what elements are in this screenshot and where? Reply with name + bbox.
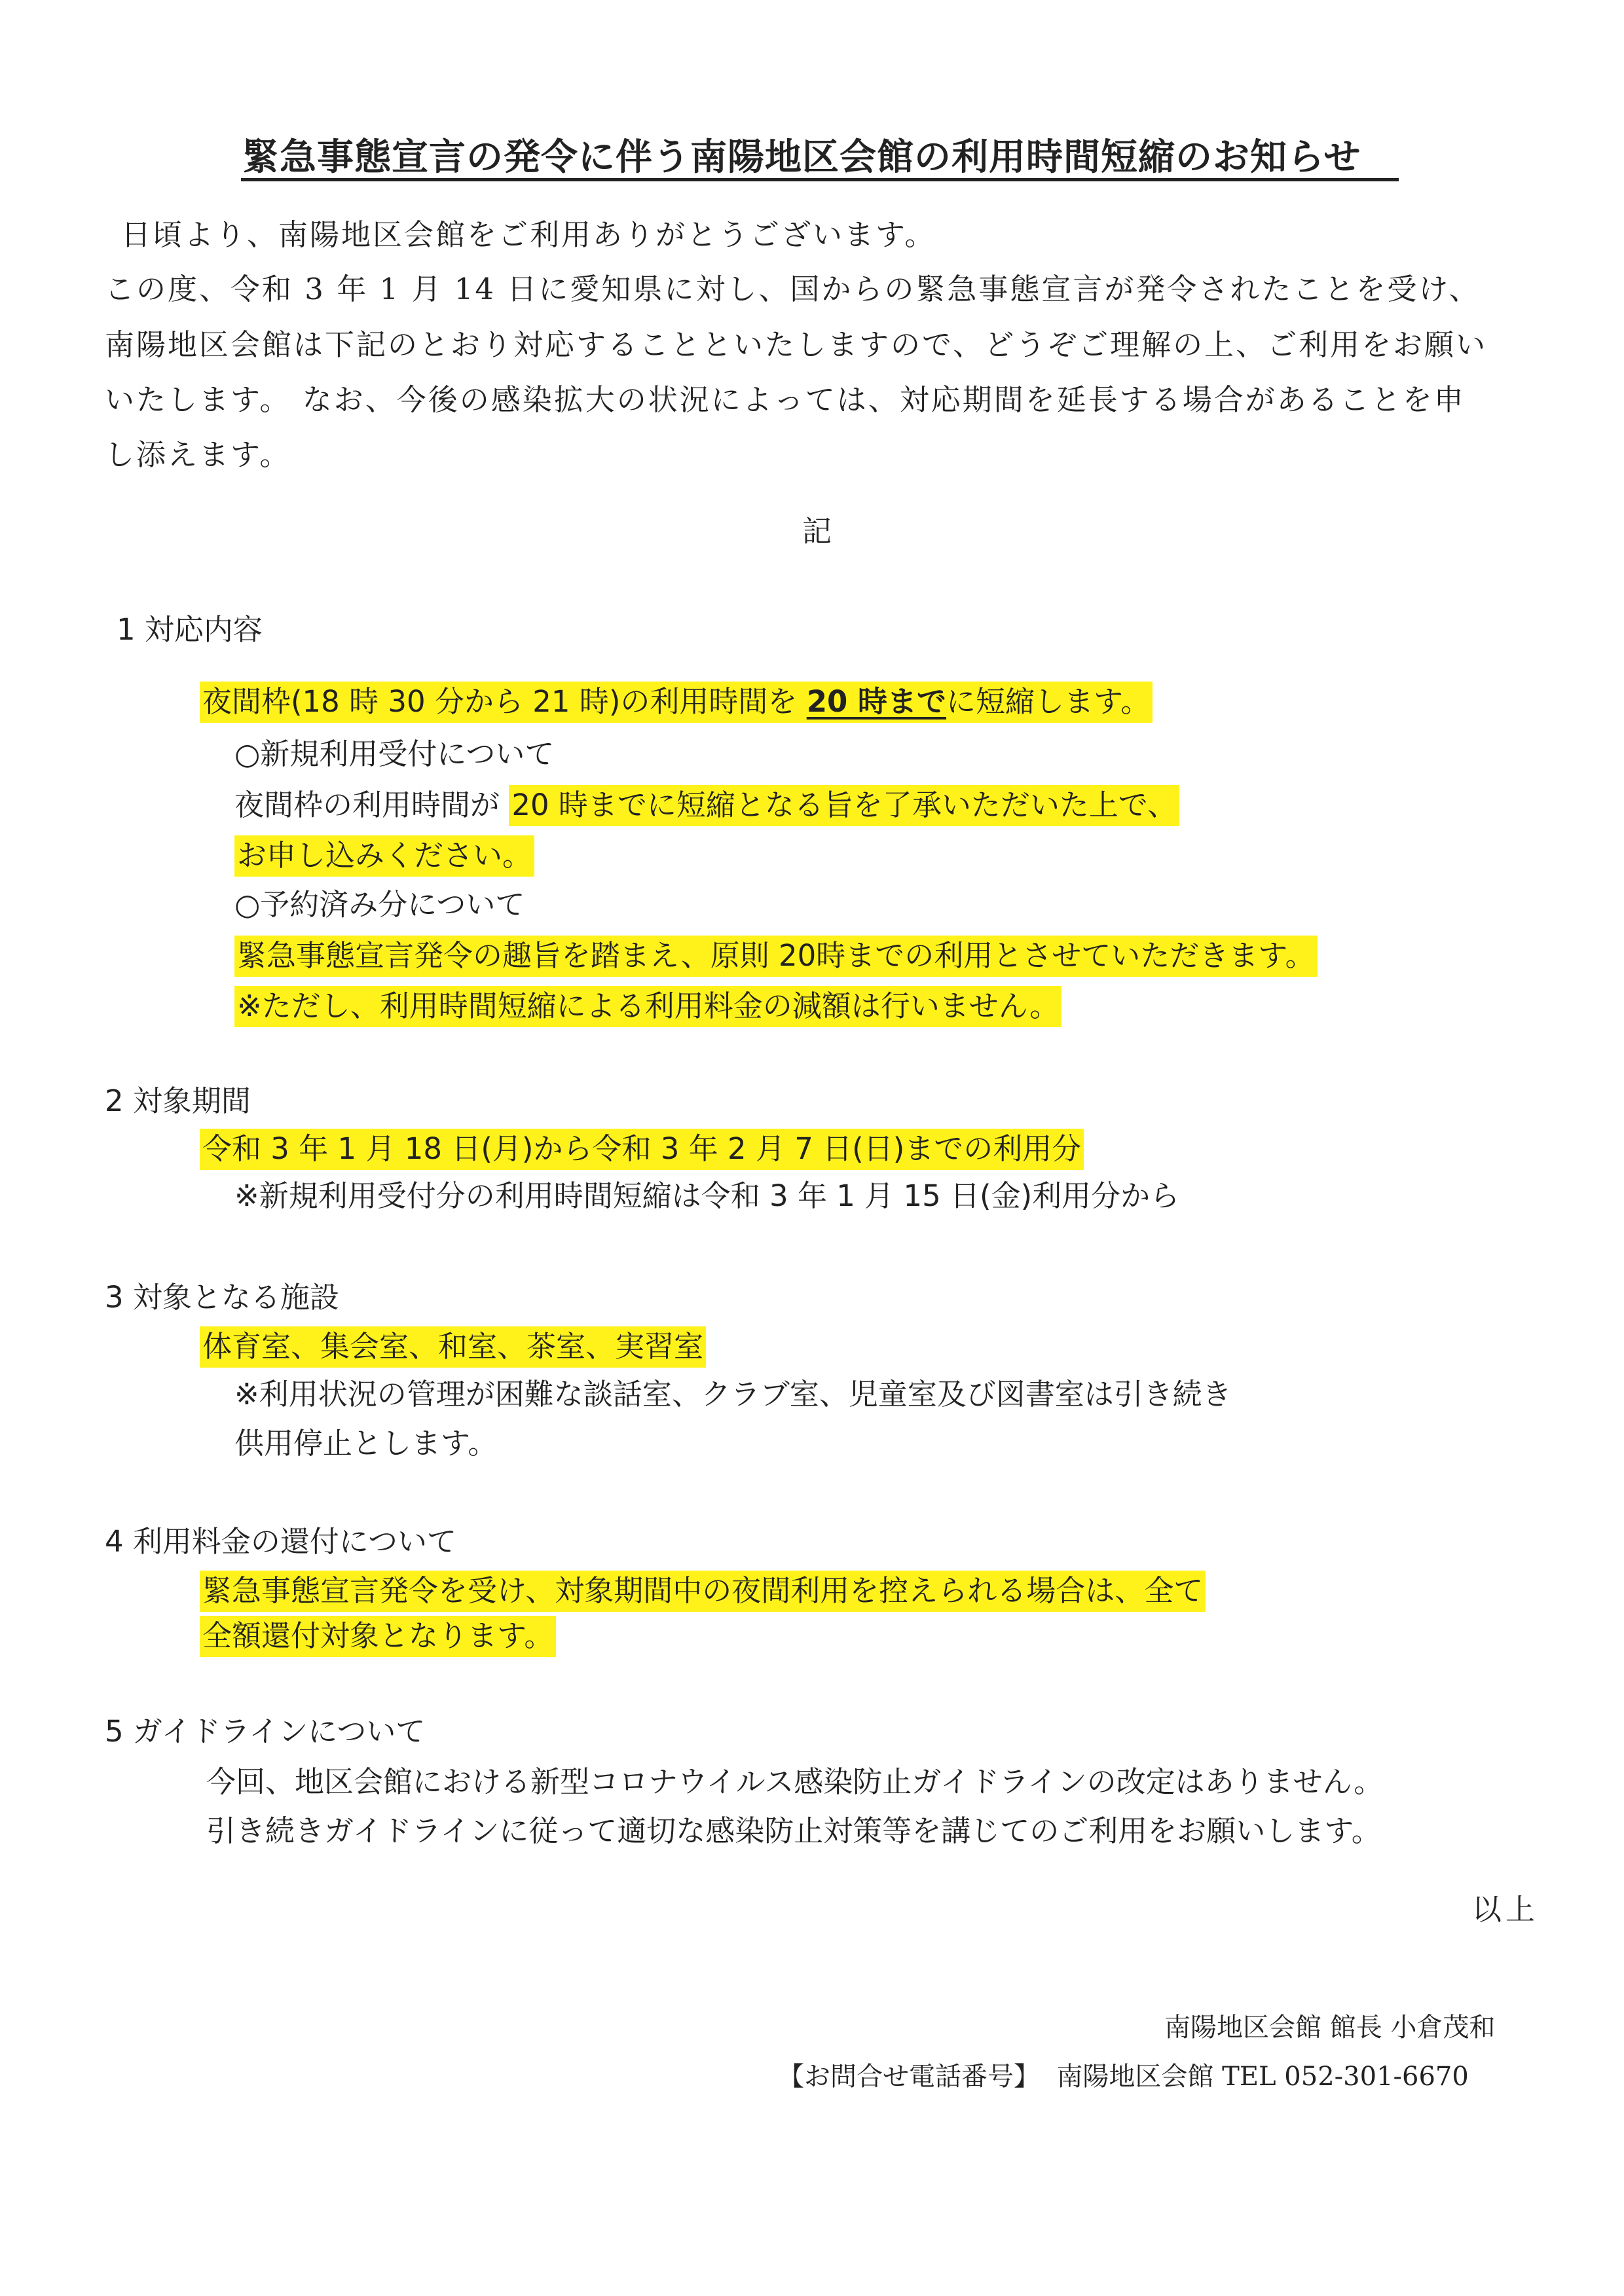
intro-line-4: いたします。 なお、今後の感染拡大の状況によっては、対応期間を延長する場合がある… (105, 376, 1466, 418)
section-5-line1: 今回、地区会館における新型コロナウイルス感染防止ガイドラインの改定はありません。 (206, 1758, 1383, 1800)
section-1-sub1-line2: お申し込みください。 (234, 831, 534, 874)
ki-marker: 記 (802, 507, 832, 550)
intro-line-5: し添えます。 (105, 431, 291, 473)
section-1-sub2-heading: ○予約済み分について (234, 881, 525, 923)
section-5-heading: 5 ガイドラインについて (105, 1707, 425, 1750)
intro-line-2: この度、令和 3 年 1 月 14 日に愛知県に対し、国からの緊急事態宣言が発令… (105, 265, 1481, 308)
intro-line-3: 南陽地区会館は下記のとおり対応することといたしますので、どうぞご理解の上、ご利用… (105, 321, 1487, 363)
contact-phone: 南陽地区会館 TEL 052-301-6670 (1056, 2062, 1468, 2092)
section-1-main-pre: 夜間枠(18 時 30 分から 21 時)の利用時間を (202, 684, 807, 719)
title-underline (241, 178, 1399, 181)
section-4-line2: 全額還付対象となります。 (200, 1612, 556, 1654)
section-2-line1: 令和 3 年 1 月 18 日(月)から令和 3 年 2 月 7 日(日)までの… (200, 1125, 1084, 1167)
contact-label: 【お問合せ電話番号】 (778, 2062, 1040, 2092)
section-1-heading: 1 対応内容 (117, 606, 263, 648)
section-4-line2-highlight: 全額還付対象となります。 (200, 1616, 556, 1657)
section-1-sub1-heading: ○新規利用受付について (234, 730, 554, 773)
section-3-line1: 体育室、集会室、和室、茶室、実習室 (200, 1322, 706, 1365)
section-1-main-underlined: 20 時まで (807, 684, 946, 719)
section-3-line2: ※利用状況の管理が困難な談話室、クラブ室、児童室及び図書室は引き続き (234, 1370, 1232, 1413)
contact-line: 【お問合せ電話番号】 南陽地区会館 TEL 052-301-6670 (778, 2056, 1469, 2093)
section-3-line1-highlight: 体育室、集会室、和室、茶室、実習室 (200, 1326, 706, 1368)
section-2-line1-highlight: 令和 3 年 1 月 18 日(月)から令和 3 年 2 月 7 日(日)までの… (200, 1129, 1084, 1170)
section-1-sub2-line2-highlight: ※ただし、利用時間短縮による利用料金の減額は行いません。 (234, 986, 1061, 1027)
page-title: 緊急事態宣言の発令に伴う南陽地区会館の利用時間短縮のお知らせ (242, 128, 1361, 181)
intro-line-1: 日頃より、南陽地区会館をご利用ありがとうございます。 (121, 211, 936, 253)
section-3-heading: 3 対象となる施設 (105, 1273, 339, 1316)
section-2-line2: ※新規利用受付分の利用時間短縮は令和 3 年 1 月 15 日(金)利用分から (234, 1172, 1179, 1214)
section-3-line3: 供用停止とします。 (234, 1419, 497, 1462)
section-4-heading: 4 利用料金の還付について (105, 1518, 456, 1560)
section-1-sub1-line2-highlight: お申し込みください。 (234, 835, 534, 877)
closing-text: 以上 (1472, 1886, 1539, 1928)
section-4-line1: 緊急事態宣言発令を受け、対象期間中の夜間利用を控えられる場合は、全て (200, 1567, 1206, 1609)
section-1-sub2-line1-highlight: 緊急事態宣言発令の趣旨を踏まえ、原則 20時までの利用とさせていただきます。 (234, 936, 1318, 977)
signature: 南陽地区会館 館長 小倉茂和 (1164, 2007, 1495, 2044)
section-1-sub2-line1: 緊急事態宣言発令の趣旨を踏まえ、原則 20時までの利用とさせていただきます。 (234, 932, 1318, 974)
section-1-main-line: 夜間枠(18 時 30 分から 21 時)の利用時間を 20 時までに短縮します… (200, 678, 1153, 720)
section-1-sub1-line1-plain: 夜間枠の利用時間が (234, 788, 509, 822)
section-1-sub1-line1-highlight: 20 時までに短縮となる旨を了承いただいた上で、 (509, 785, 1179, 826)
section-1-main-post: に短縮します。 (946, 684, 1150, 719)
section-5-line2: 引き続きガイドラインに従って適切な感染防止対策等を講じてのご利用をお願いします。 (206, 1807, 1381, 1850)
section-4-line1-highlight: 緊急事態宣言発令を受け、対象期間中の夜間利用を控えられる場合は、全て (200, 1571, 1206, 1612)
section-1-sub1-line1: 夜間枠の利用時間が 20 時までに短縮となる旨を了承いただいた上で、 (234, 781, 1179, 824)
section-2-heading: 2 対象期間 (105, 1077, 251, 1120)
section-1-sub2-line2: ※ただし、利用時間短縮による利用料金の減額は行いません。 (234, 982, 1061, 1025)
